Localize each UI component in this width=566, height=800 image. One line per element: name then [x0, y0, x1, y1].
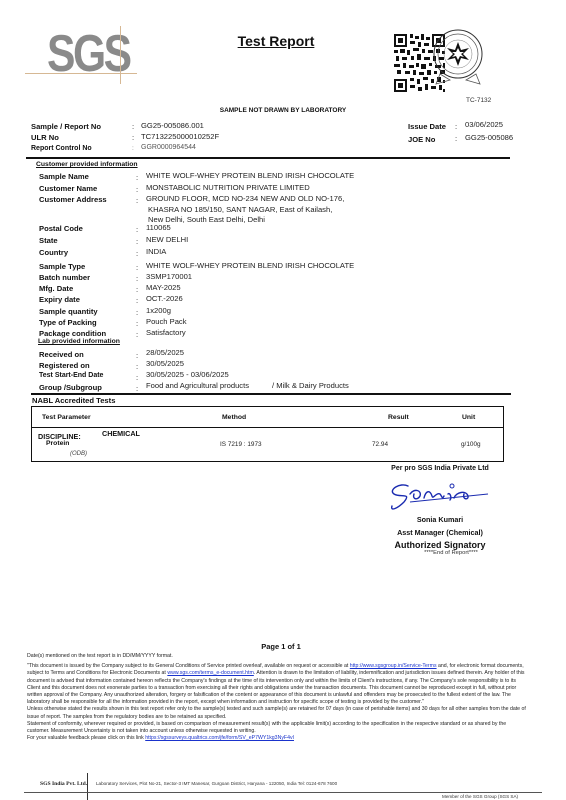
test-result: 72.94: [372, 441, 388, 448]
colon: :: [136, 384, 138, 393]
signature-image: [370, 472, 510, 514]
colon: :: [136, 225, 138, 234]
end-of-report: ****End of Report****: [392, 550, 510, 556]
expiry-date-label: Expiry date: [39, 295, 80, 304]
joe-no-label: JOE No: [408, 135, 435, 144]
colon: :: [132, 145, 134, 152]
sample-report-no-value: GG25-005086.001: [141, 121, 204, 130]
sample-report-no-label: Sample / Report No: [31, 122, 101, 131]
footer-address: Laboratory Services, Plot No-21, Sector-…: [96, 781, 337, 786]
ulr-no-label: ULR No: [31, 133, 59, 142]
state-label: State: [39, 236, 58, 245]
test-parameter: Protein: [46, 440, 69, 447]
page-indicator: Page 1 of 1: [0, 642, 566, 651]
ulr-no-value: TC713225000010252F: [141, 132, 219, 141]
mfg-date-label: Mfg. Date: [39, 284, 73, 293]
colon: :: [136, 330, 138, 339]
sample-type-label: Sample Type: [39, 262, 85, 271]
customer-info-heading: Customer provided information: [36, 161, 138, 168]
colon: :: [455, 134, 457, 143]
report-control-no-value: GGR0000964544: [141, 144, 196, 151]
colon: :: [136, 274, 138, 283]
nabl-tests-heading: NABL Accredited Tests: [32, 396, 115, 405]
feedback-link[interactable]: https://sgssurveys.qualtrics.com/jfe/for…: [145, 735, 294, 741]
received-on-label: Received on: [39, 350, 84, 359]
test-results-table: Test Parameter Method Result Unit DISCIP…: [31, 406, 504, 462]
colon: :: [136, 237, 138, 246]
colon: :: [136, 285, 138, 294]
test-note: (ODB): [70, 451, 87, 457]
feedback-line: For your valuable feedback please click …: [27, 735, 527, 742]
conformity-paragraph: Statement of conformity, wherever requir…: [27, 721, 527, 735]
joe-no-value: GG25-005086: [465, 133, 513, 142]
colon: :: [136, 173, 138, 182]
lab-info-heading: Lab provided information: [38, 338, 120, 345]
colon: :: [136, 373, 138, 382]
sample-type-value: WHITE WOLF-WHEY PROTEIN BLEND IRISH CHOC…: [146, 261, 354, 270]
colon: :: [455, 122, 457, 131]
report-control-no-label: Report Control No: [31, 145, 92, 152]
customer-address-value-line2: KHASRA NO 185/150, SANT NAGAR, East of K…: [148, 205, 332, 214]
registered-on-label: Registered on: [39, 361, 90, 370]
issue-date-value: 03/06/2025: [465, 120, 503, 129]
batch-number-value: 3SMP170001: [146, 272, 192, 281]
colon: :: [136, 196, 138, 205]
customer-name-label: Customer Name: [39, 184, 97, 193]
country-label: Country: [39, 248, 68, 257]
test-method: IS 7219 : 1973: [220, 441, 262, 448]
terms-paragraph: "This document is issued by the Company …: [27, 663, 527, 706]
issue-date-label: Issue Date: [408, 122, 446, 131]
customer-name-value: MONSTABOLIC NUTRITION PRIVATE LIMITED: [146, 183, 310, 192]
customer-address-label: Customer Address: [39, 195, 107, 204]
accreditation-code: TC-7132: [466, 97, 491, 104]
sample-quantity-value: 1x200g: [146, 306, 171, 315]
postal-code-value: 110065: [146, 223, 171, 232]
retention-paragraph: Unless otherwise stated the results show…: [27, 706, 527, 720]
colon: :: [136, 319, 138, 328]
package-condition-label: Package condition: [39, 329, 106, 338]
state-value: NEW DELHI: [146, 235, 188, 244]
column-header-test-parameter: Test Parameter: [42, 414, 91, 421]
colon: :: [136, 308, 138, 317]
footer-company: SGS India Pvt. Ltd.: [40, 781, 87, 787]
postal-code-label: Postal Code: [39, 224, 83, 233]
column-header-unit: Unit: [462, 414, 475, 421]
country-value: INDIA: [146, 247, 166, 256]
test-start-end-date-label: Test Start-End Date: [39, 372, 103, 379]
colon: :: [136, 296, 138, 305]
colon: :: [136, 362, 138, 371]
colon: :: [136, 185, 138, 194]
footer-member: Member of the SGS Group (SGS SA): [442, 794, 518, 799]
sample-quantity-label: Sample quantity: [39, 307, 98, 316]
group-subgroup-subgroup-value: / Milk & Dairy Products: [272, 381, 349, 390]
footer-rule: [24, 792, 542, 793]
batch-number-label: Batch number: [39, 273, 90, 282]
signature-block: Per pro SGS India Private Ltd Sonia Kuma…: [370, 465, 510, 556]
e-document-terms-link[interactable]: www.sgs.com/terms_e-document.htm: [167, 670, 254, 676]
signatory-designation: Asst Manager (Chemical): [370, 528, 510, 537]
table-header: Test Parameter Method Result Unit: [32, 407, 503, 428]
signatory-name: Sonia Kumari: [370, 515, 510, 524]
authorized-signatory: Authorized Signatory: [370, 540, 510, 550]
column-header-method: Method: [222, 414, 246, 421]
group-subgroup-value: Food and Agricultural products: [146, 381, 249, 390]
colon: :: [136, 263, 138, 272]
group-subgroup-label: Group /Subgroup: [39, 383, 102, 392]
divider: [26, 157, 510, 159]
column-header-result: Result: [388, 414, 409, 421]
package-condition-value: Satisfactory: [146, 328, 186, 337]
registered-on-value: 30/05/2025: [146, 359, 184, 368]
type-of-packing-label: Type of Packing: [39, 318, 97, 327]
divider: [31, 393, 511, 395]
test-unit: g/100g: [461, 441, 481, 448]
sample-name-label: Sample Name: [39, 172, 89, 181]
test-start-end-date-value: 30/05/2025 - 03/06/2025: [146, 370, 229, 379]
sample-notice: SAMPLE NOT DRAWN BY LABORATORY: [0, 107, 566, 114]
service-terms-link[interactable]: http://www.sgsgroup.in/Service-Terms: [350, 663, 437, 669]
discipline-value: CHEMICAL: [102, 429, 140, 438]
colon: :: [132, 122, 134, 131]
type-of-packing-value: Pouch Pack: [146, 317, 187, 326]
per-pro-label: Per pro SGS India Private Ltd: [370, 465, 510, 472]
sample-name-value: WHITE WOLF-WHEY PROTEIN BLEND IRISH CHOC…: [146, 171, 354, 180]
colon: :: [132, 133, 134, 142]
mfg-date-value: MAY-2025: [146, 283, 181, 292]
disclaimer: Date(s) mentioned on the test report is …: [27, 653, 527, 742]
colon: :: [136, 351, 138, 360]
colon: :: [136, 249, 138, 258]
received-on-value: 28/05/2025: [146, 348, 184, 357]
expiry-date-value: OCT.-2026: [146, 294, 183, 303]
nabl-seal-icon: [432, 26, 484, 96]
date-format-note: Date(s) mentioned on the test report is …: [27, 653, 527, 660]
footer-divider: [87, 773, 88, 800]
customer-address-value: GROUND FLOOR, MCD NO-234 NEW AND OLD NO-…: [146, 194, 344, 203]
